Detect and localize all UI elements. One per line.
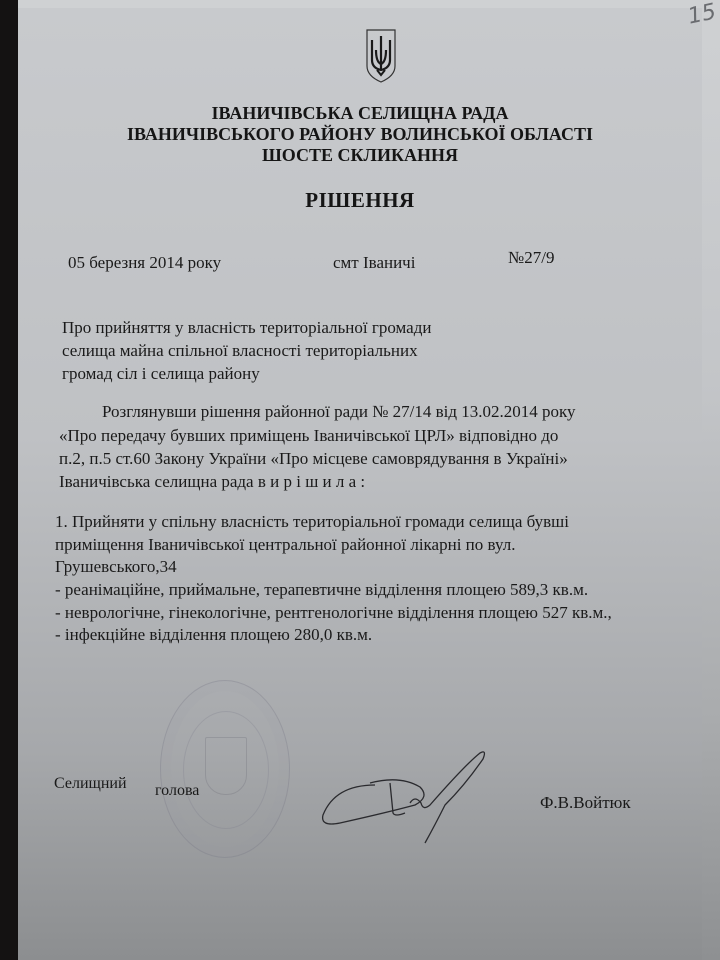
decision-number: №27/9	[508, 248, 554, 268]
document-title: РІШЕННЯ	[0, 188, 720, 213]
subject-line: Про прийняття у власність територіальної…	[62, 318, 431, 338]
preamble-line: Іваничівська селищна рада в и р і ш и л …	[59, 472, 365, 492]
signatory-position-word1: Селищний	[54, 775, 127, 793]
handwritten-signature	[315, 745, 495, 845]
subject-line: громад сіл і селища району	[62, 364, 260, 384]
seal-coat-of-arms-icon	[205, 737, 247, 795]
decision-line: приміщення Іваничівської центральної рай…	[55, 535, 515, 555]
preamble-line: п.2, п.5 ст.60 Закону України «Про місце…	[59, 449, 568, 469]
header-line-convocation: ШОСТЕ СКЛИКАННЯ	[0, 145, 720, 166]
decision-line: - неврологічне, гінекологічне, рентгенол…	[55, 603, 612, 623]
preamble-line: «Про передачу бувших приміщень Іваничівс…	[59, 426, 558, 446]
header-line-council: ІВАНИЧІВСЬКА СЕЛИЩНА РАДА	[0, 103, 720, 124]
decision-date: 05 березня 2014 року	[68, 253, 221, 273]
preamble-line: Розглянувши рішення районної ради № 27/1…	[102, 402, 576, 422]
decision-place: смт Іваничі	[333, 253, 415, 273]
decision-line: Грушевського,34	[55, 557, 177, 577]
subject-line: селища майна спільної власності територі…	[62, 341, 418, 361]
council-header: ІВАНИЧІВСЬКА СЕЛИЩНА РАДА ІВАНИЧІВСЬКОГО…	[0, 103, 720, 166]
signatory-position-word2: голова	[155, 782, 199, 800]
decision-line: - реанімаційне, приймальне, терапевтичне…	[55, 580, 588, 600]
decision-line: 1. Прийняти у спільну власність територі…	[55, 512, 569, 532]
trident-coat-of-arms-icon	[365, 28, 397, 84]
header-line-district: ІВАНИЧІВСЬКОГО РАЙОНУ ВОЛИНСЬКОЇ ОБЛАСТІ	[0, 124, 720, 145]
signatory-name: Ф.В.Войтюк	[540, 793, 631, 813]
official-seal-stamp	[160, 680, 290, 858]
decision-line: - інфекційне відділення площею 280,0 кв.…	[55, 625, 372, 645]
